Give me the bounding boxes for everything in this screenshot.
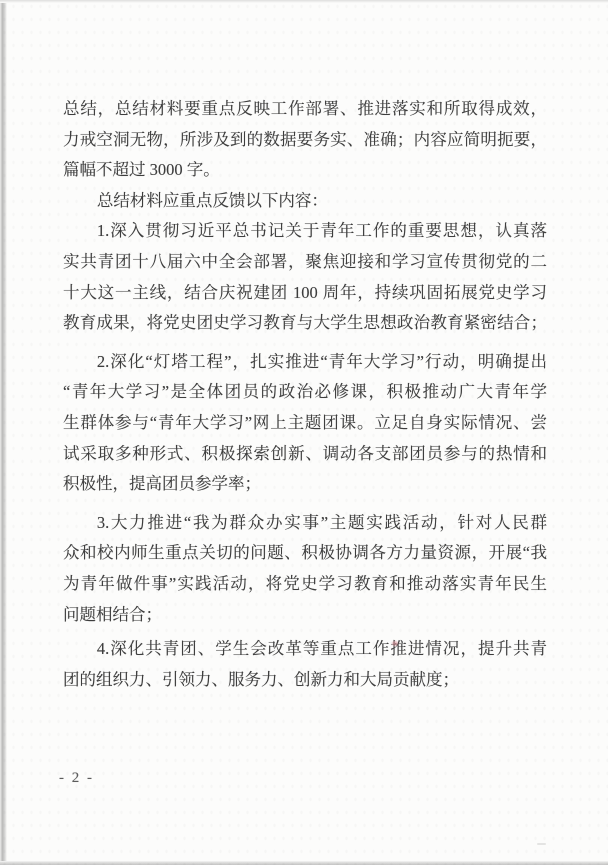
text-line: 为青年做件事”实践活动，将党史学习教育和推动落实青年民生 <box>63 569 547 600</box>
paragraph-item-2: 2.深化“灯塔工程”，扎实推进“青年大学习”行动，明确提出 “青年大学习”是全体… <box>63 347 547 500</box>
text-line: 生群体参与“青年大学习”网上主题团课。立足自身实际情况、尝 <box>63 408 547 439</box>
scan-edge-left <box>0 0 7 865</box>
text-line: 总结，总结材料要重点反映工作部署、推进落实和所取得成效， <box>63 94 547 125</box>
paragraph-item-3: 3.大力推进“我为群众办实事”主题实践活动，针对人民群 众和校内师生重点关切的问… <box>63 508 547 630</box>
text-line: 教育成果，将党史团史学习教育与大学生思想政治教育紧密结合； <box>63 308 547 339</box>
text-line: 积极性，提高团员参学率； <box>63 469 547 500</box>
text-line: 问题相结合； <box>63 600 547 631</box>
text-line: 总结材料应重点反馈以下内容： <box>63 186 547 217</box>
text-line: 试采取多种形式、积极探索创新、调动各支部团员参与的热情和 <box>63 439 547 470</box>
paragraph-item-4: 4.深化共青团、学生会改革等重点工作推进情况，提升共青 团的组织力、引领力、服务… <box>63 634 547 695</box>
scanned-document-page: 总结，总结材料要重点反映工作部署、推进落实和所取得成效， 力戒空洞无物，所涉及到… <box>0 0 608 865</box>
text-line: 团的组织力、引领力、服务力、创新力和大局贡献度； <box>63 665 547 696</box>
text-line: 3.大力推进“我为群众办实事”主题实践活动，针对人民群 <box>63 508 547 539</box>
text-line: 篇幅不超过 3000 字。 <box>63 155 547 186</box>
paragraph-lead-in: 总结材料应重点反馈以下内容： <box>63 186 547 217</box>
scan-edge-top <box>0 0 608 3</box>
text-line: 1.深入贯彻习近平总书记关于青年工作的重要思想，认真落 <box>63 216 547 247</box>
text-line: 十大这一主线，结合庆祝建团 100 周年，持续巩固拓展党史学习 <box>63 278 547 309</box>
text-line: 众和校内师生重点关切的问题、积极协调各方力量资源，开展“我 <box>63 538 547 569</box>
scan-artifact-smudge <box>537 843 546 845</box>
text-line: 力戒空洞无物，所涉及到的数据要务实、准确；内容应简明扼要， <box>63 125 547 156</box>
scan-edge-bottom <box>0 861 608 865</box>
text-line: 4.深化共青团、学生会改革等重点工作推进情况，提升共青 <box>63 634 547 665</box>
paragraph-intro: 总结，总结材料要重点反映工作部署、推进落实和所取得成效， 力戒空洞无物，所涉及到… <box>63 94 547 186</box>
page-number: - 2 - <box>59 770 94 787</box>
scan-artifact-pink-speck <box>392 641 398 646</box>
document-body: 总结，总结材料要重点反映工作部署、推进落实和所取得成效， 力戒空洞无物，所涉及到… <box>63 94 547 695</box>
text-line: 2.深化“灯塔工程”，扎实推进“青年大学习”行动，明确提出 <box>63 347 547 378</box>
text-line: “青年大学习”是全体团员的政治必修课，积极推动广大青年学 <box>63 377 547 408</box>
paragraph-item-1: 1.深入贯彻习近平总书记关于青年工作的重要思想，认真落 实共青团十八届六中全会部… <box>63 216 547 338</box>
text-line: 实共青团十八届六中全会部署，聚焦迎接和学习宣传贯彻党的二 <box>63 247 547 278</box>
